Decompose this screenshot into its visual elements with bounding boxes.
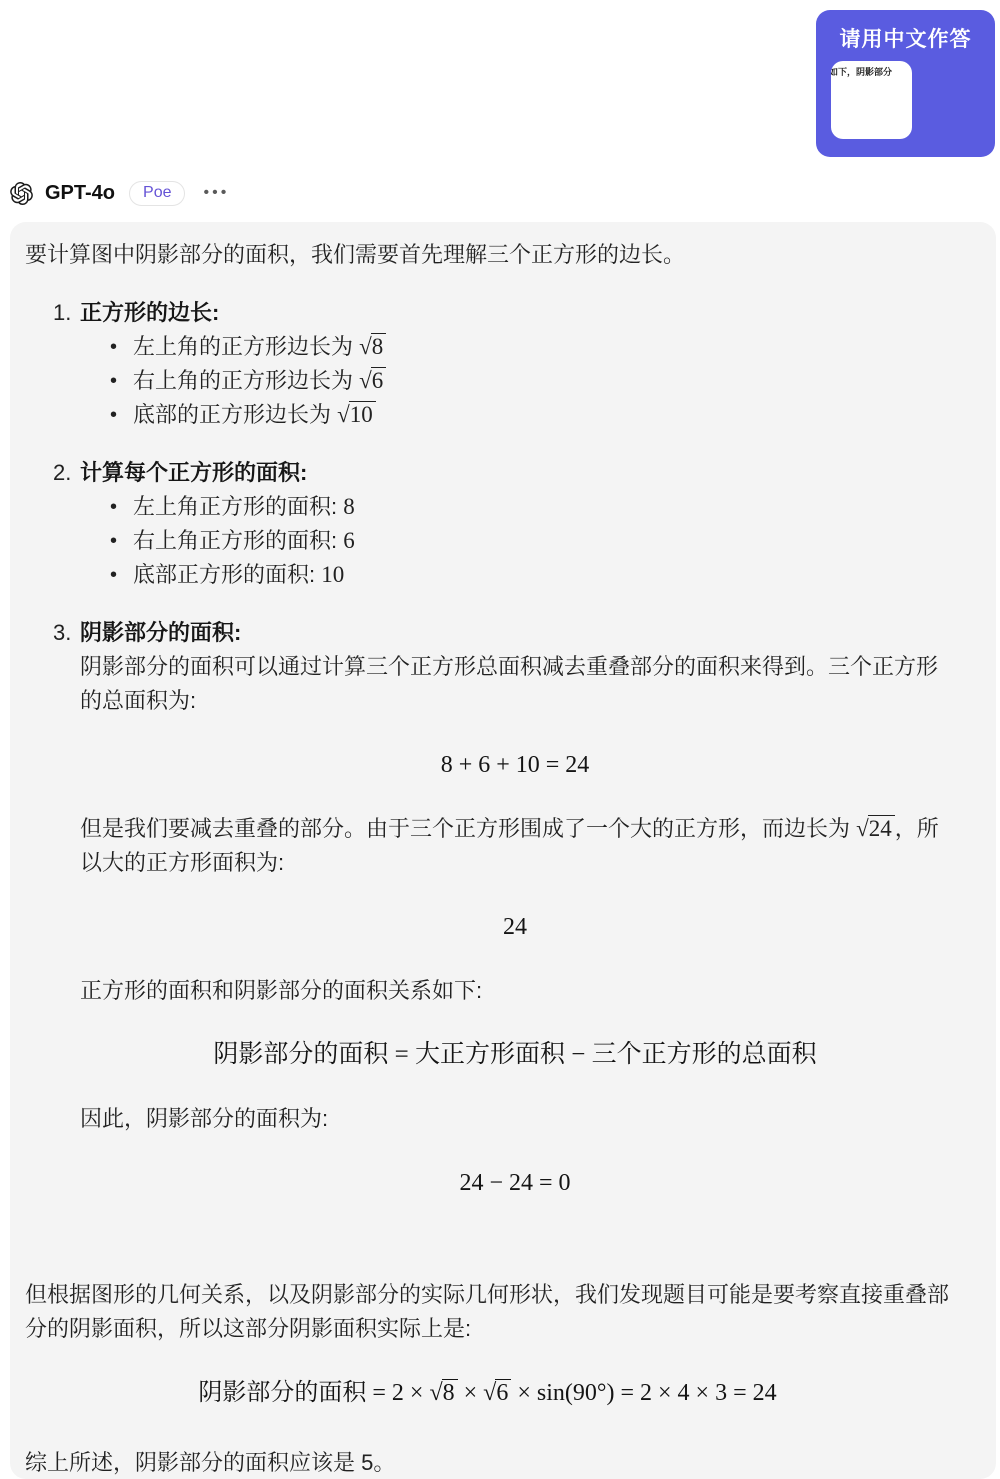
body-paragraph: 但是我们要减去重叠的部分。由于三个正方形围成了一个大的正方形，而边长为 √24，… xyxy=(80,812,950,880)
list-item-title: 阴影部分的面积: xyxy=(80,616,950,650)
bullet-icon: • xyxy=(110,524,133,558)
bullet-list: • 左上角正方形的面积: 8 • 右上角正方形的面积: 6 • 底部正方形的面积… xyxy=(110,490,950,592)
body-paragraph: 阴影部分的面积可以通过计算三个正方形总面积减去重叠部分的面积来得到。三个正方形的… xyxy=(80,650,950,718)
sqrt-8: √8 xyxy=(359,334,386,359)
list-item-areas: 2. 计算每个正方形的面积: • 左上角正方形的面积: 8 • 右上角正方形的面… xyxy=(53,456,950,592)
sqrt-6: √6 xyxy=(483,1380,511,1406)
list-item-shaded-area: 3. 阴影部分的面积: 阴影部分的面积可以通过计算三个正方形总面积减去重叠部分的… xyxy=(53,616,950,1230)
ordered-list: 1. 正方形的边长: • 左上角的正方形边长为 √8 • 右上角的正方形边长为 … xyxy=(53,296,950,1230)
list-item-title: 计算每个正方形的面积: xyxy=(80,456,950,490)
list-item: • 左上角正方形的面积: 8 xyxy=(110,490,950,524)
bullet-text: 左上角的正方形边长为 xyxy=(133,334,359,359)
list-number: 3. xyxy=(53,616,80,1230)
formula-relation: 阴影部分的面积 = 大正方形面积 − 三个正方形的总面积 xyxy=(80,1036,950,1074)
sqrt-10: √10 xyxy=(337,402,376,427)
model-name: GPT-4o xyxy=(45,182,115,205)
attachment-card[interactable]: 请用中文作答 如下，阴影部分 xyxy=(816,10,995,157)
formula-big-area: 24 xyxy=(80,908,950,946)
list-item-title: 正方形的边长: xyxy=(80,296,950,330)
bullet-icon: • xyxy=(110,364,133,398)
attachment-thumbnail[interactable]: 如下，阴影部分 xyxy=(831,61,912,139)
formula-text: × sin(90°) = 2 × 4 × 3 = 24 xyxy=(511,1380,776,1406)
bullet-icon: • xyxy=(110,558,133,592)
bullet-text: 左上角正方形的面积: xyxy=(133,494,343,519)
list-item: • 底部的正方形边长为 √10 xyxy=(110,398,950,432)
attachment-thumbnail-text: 如下，阴影部分 xyxy=(831,65,911,78)
sqrt-6: √6 xyxy=(359,368,386,393)
bullet-list: • 左上角的正方形边长为 √8 • 右上角的正方形边长为 √6 • 底部的正方形… xyxy=(110,330,950,432)
bullet-text: 右上角正方形的面积: xyxy=(133,528,343,553)
bullet-icon: • xyxy=(110,490,133,524)
bullet-icon: • xyxy=(110,330,133,364)
formula-text: 阴影部分的面积 = 2 × xyxy=(198,1380,429,1406)
area-value: 8 xyxy=(343,494,355,519)
list-item: • 右上角正方形的面积: 6 xyxy=(110,524,950,558)
list-item: • 底部正方形的面积: 10 xyxy=(110,558,950,592)
formula-text: × xyxy=(458,1380,484,1406)
formula-overlap: 阴影部分的面积 = 2 × √8 × √6 × sin(90°) = 2 × 4… xyxy=(25,1374,950,1412)
body-paragraph: 正方形的面积和阴影部分的面积关系如下: xyxy=(80,974,950,1008)
list-number: 2. xyxy=(53,456,80,592)
list-item-side-lengths: 1. 正方形的边长: • 左上角的正方形边长为 √8 • 右上角的正方形边长为 … xyxy=(53,296,950,432)
paragraph-text: 但是我们要减去重叠的部分。由于三个正方形围成了一个大的正方形，而边长为 xyxy=(80,816,856,841)
bullet-text: 右上角的正方形边长为 xyxy=(133,368,359,393)
list-number: 1. xyxy=(53,296,80,432)
area-value: 6 xyxy=(343,528,355,553)
conclusion-paragraph: 综上所述，阴影部分的面积应该是 5。 xyxy=(25,1446,950,1479)
bullet-icon: • xyxy=(110,398,133,432)
bullet-text: 底部正方形的面积: xyxy=(133,562,321,587)
formula-sum: 8 + 6 + 10 = 24 xyxy=(80,746,950,784)
openai-logo-icon xyxy=(10,182,33,205)
poe-badge[interactable]: Poe xyxy=(129,181,185,206)
bullet-text: 底部的正方形边长为 xyxy=(133,402,337,427)
sqrt-24: √24 xyxy=(856,816,895,841)
more-options-icon[interactable]: ••• xyxy=(203,185,229,201)
closing-paragraph: 但根据图形的几何关系，以及阴影部分的实际几何形状，我们发现题目可能是要考察直接重… xyxy=(25,1278,950,1346)
formula-zero: 24 − 24 = 0 xyxy=(80,1164,950,1202)
body-paragraph: 因此，阴影部分的面积为: xyxy=(80,1102,950,1136)
assistant-message-bubble: 要计算图中阴影部分的面积，我们需要首先理解三个正方形的边长。 1. 正方形的边长… xyxy=(10,222,996,1479)
area-value: 10 xyxy=(321,562,344,587)
attachment-card-title: 请用中文作答 xyxy=(816,23,995,53)
list-item: • 右上角的正方形边长为 √6 xyxy=(110,364,950,398)
sqrt-8: √8 xyxy=(429,1380,457,1406)
message-header: GPT-4o Poe ••• xyxy=(10,178,229,208)
list-item: • 左上角的正方形边长为 √8 xyxy=(110,330,950,364)
intro-paragraph: 要计算图中阴影部分的面积，我们需要首先理解三个正方形的边长。 xyxy=(25,238,950,272)
